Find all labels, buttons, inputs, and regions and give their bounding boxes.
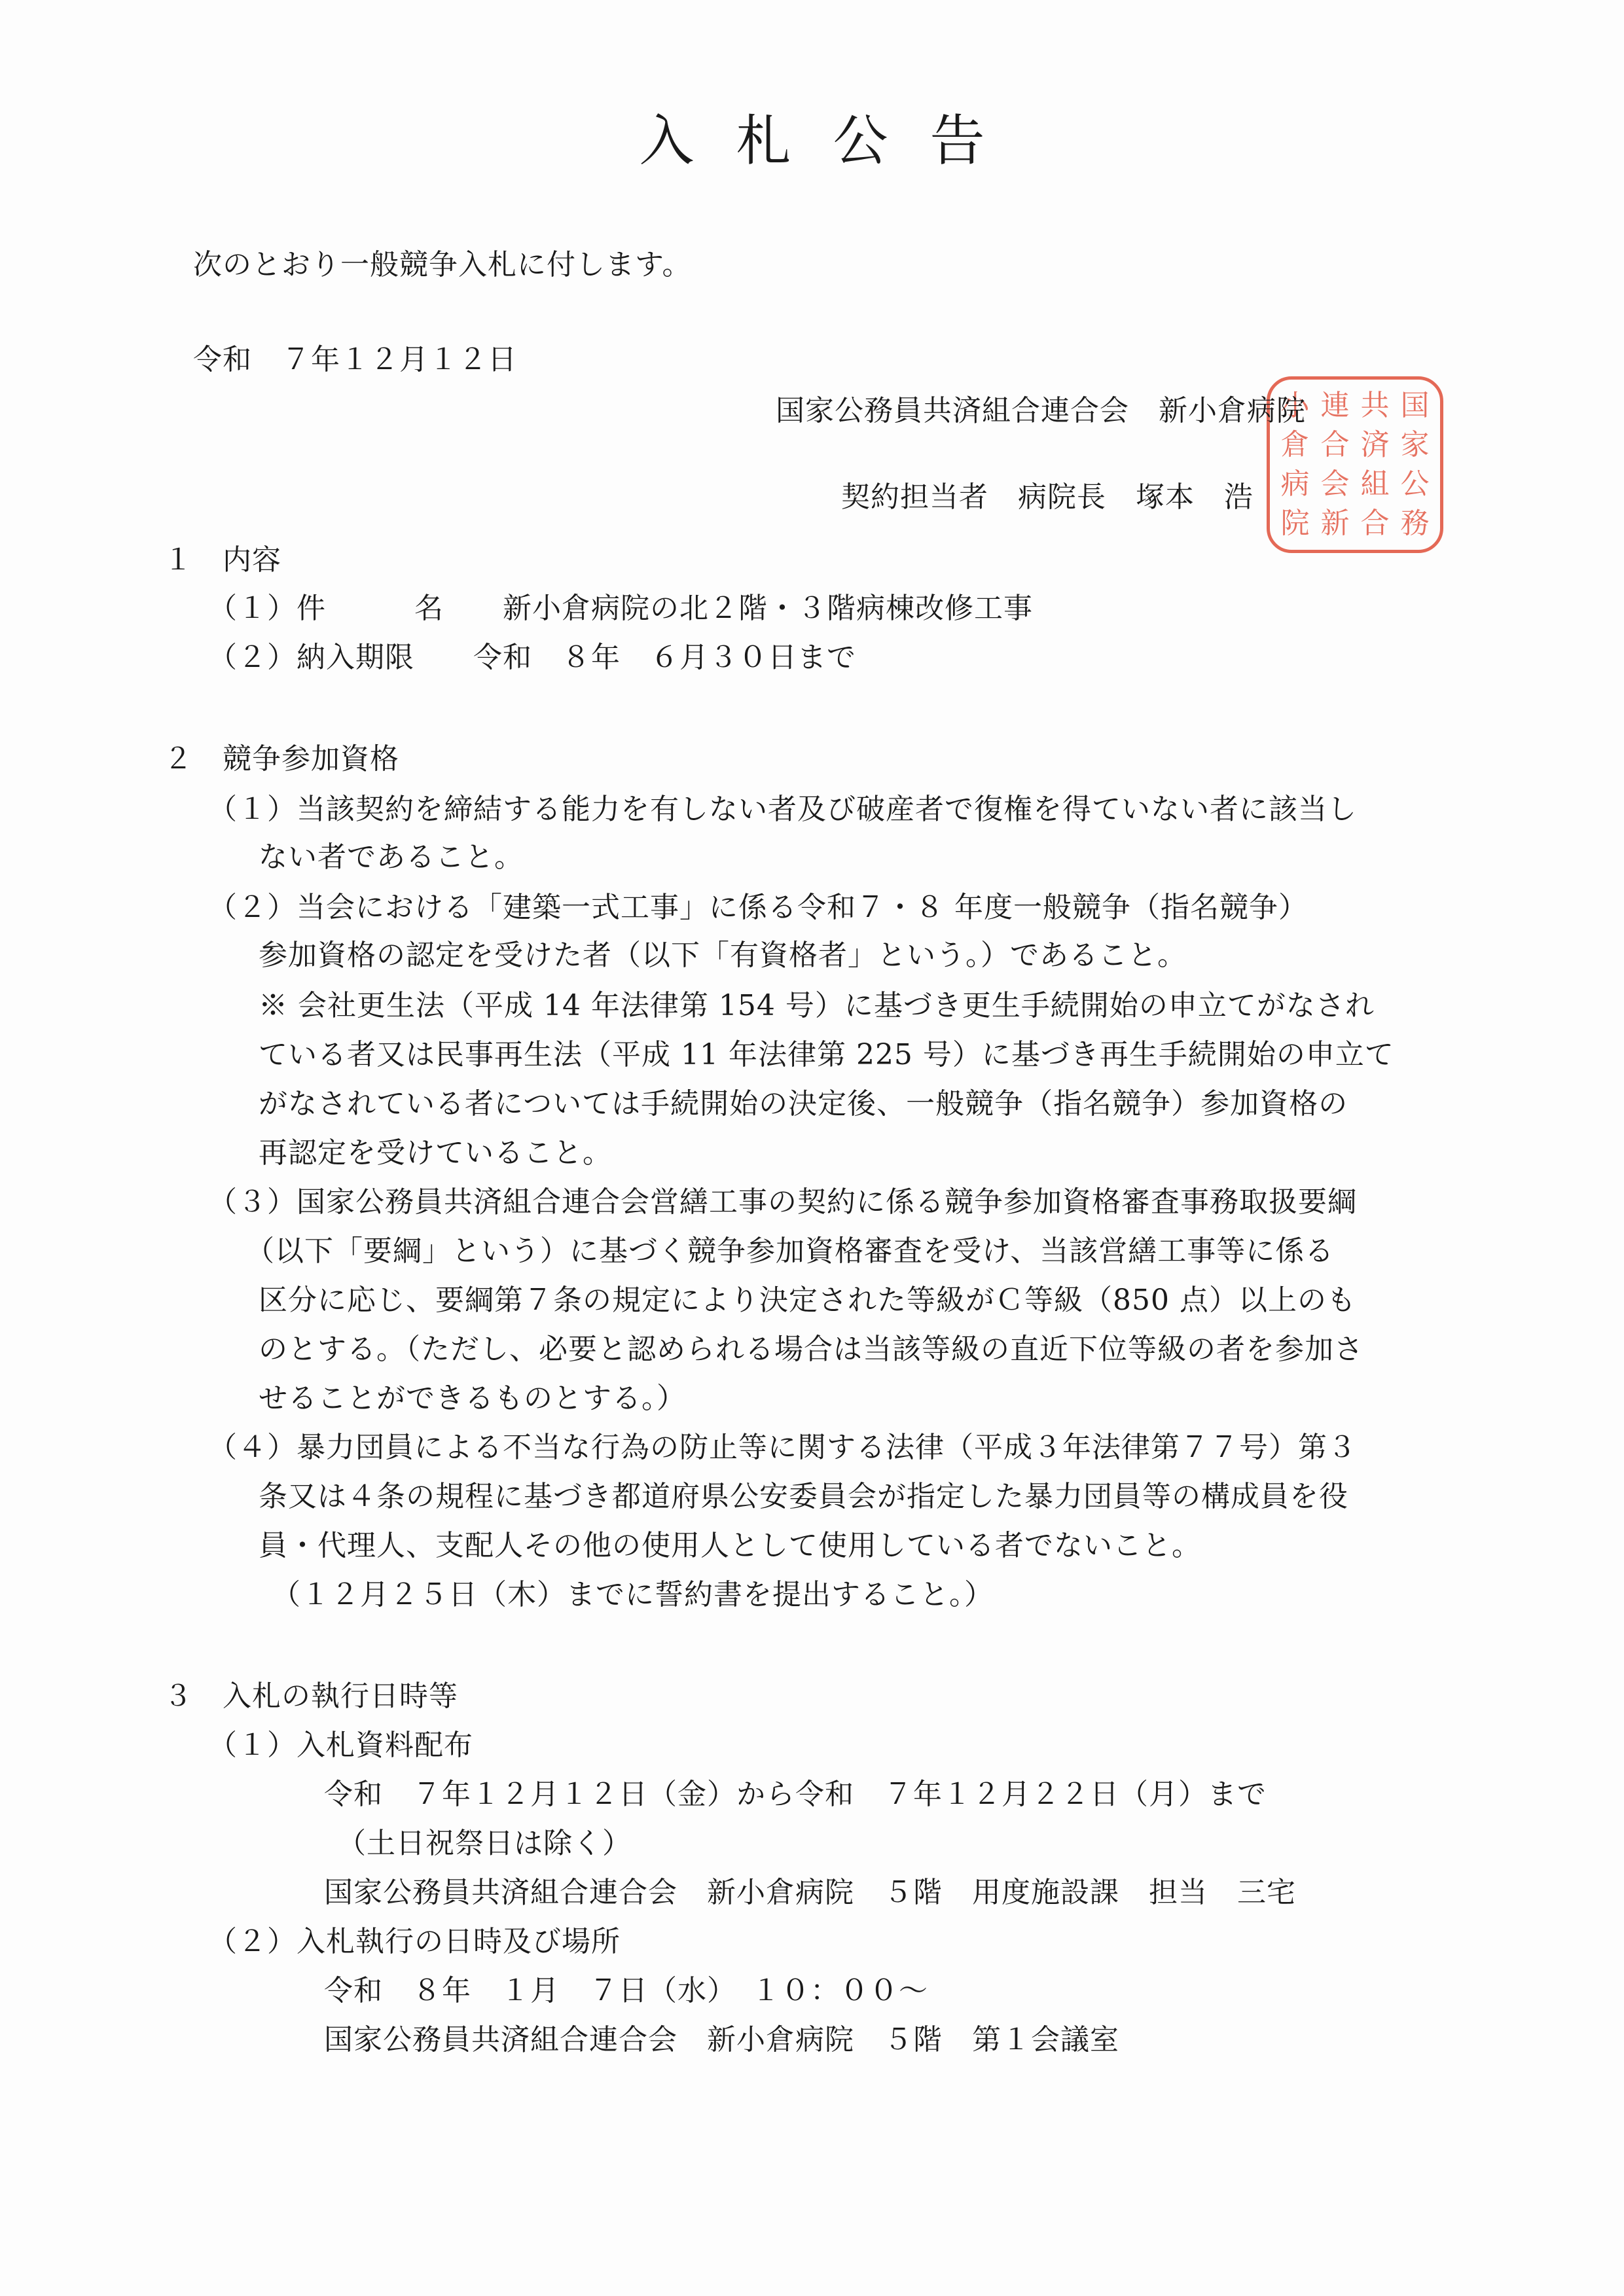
section-3-item-2-line-1: 令和 ８年 １月 ７日（水） １０：００～ <box>324 1971 928 2011</box>
section-3-item-1-line-1: 令和 ７年１２月１２日（金）から令和 ７年１２月２２日（月）まで <box>324 1775 1267 1814</box>
section-2-item-4-line-2: 条又は４条の規程に基づき都道府県公安委員会が指定した暴力団員等の構成員を役 <box>259 1477 1348 1516</box>
section-2-item-2-note-line-4: 再認定を受けていること。 <box>259 1134 612 1173</box>
notice-date: 令和 ７年１２月１２日 <box>193 340 517 380</box>
section-2-item-2-note-line-3: がなされている者については手続開始の決定後、一般競争（指名競争）参加資格の <box>259 1085 1348 1124</box>
intro-text: 次のとおり一般競争入札に付します。 <box>193 245 691 285</box>
page-title: 入札公告 <box>0 105 1624 177</box>
section-2-item-1-line-1: （１）当該契約を締結する能力を有しない者及び破産者で復権を得ていない者に該当し <box>208 790 1357 829</box>
section-3-item-1-heading: （１）入札資料配布 <box>208 1726 473 1765</box>
section-3-heading: ３ 入札の執行日時等 <box>164 1677 458 1716</box>
section-2-item-3-line-4: のとする。（ただし、必要と認められる場合は当該等級の直近下位等級の者を参加さ <box>259 1330 1363 1369</box>
section-2-item-2-line-2: 参加資格の認定を受けた者（以下「有資格者」という。）であること。 <box>259 936 1187 975</box>
seal-char: 家 <box>1395 425 1435 465</box>
section-2-item-3-line-2: （以下「要綱」という）に基づく競争参加資格審査を受け、当該営繕工事等に係る <box>245 1232 1334 1271</box>
section-2-item-4-line-3: 員・代理人、支配人その他の使用人として使用している者でないこと。 <box>259 1526 1201 1566</box>
section-2-item-4-line-4: （１２月２５日（木）までに誓約書を提出すること。） <box>272 1575 994 1615</box>
section-2-item-3-line-3: 区分に応じ、要綱第７条の規定により決定された等級がＣ等級（850 点）以上のも <box>259 1281 1356 1320</box>
seal-char: 合 <box>1315 425 1355 465</box>
section-2-item-2-note-line-1: ※ 会社更生法（平成 14 年法律第 154 号）に基づき更生手続開始の申立てが… <box>259 986 1375 1026</box>
section-3-item-1-line-3: 国家公務員共済組合連合会 新小倉病院 ５階 用度施設課 担当 三宅 <box>324 1873 1296 1912</box>
section-3-item-2-heading: （２）入札執行の日時及び場所 <box>208 1922 621 1962</box>
section-2-item-4-line-1: （４）暴力団員による不当な行為の防止等に関する法律（平成３年法律第７７号）第３ <box>208 1428 1357 1467</box>
seal-char: 済 <box>1355 425 1395 465</box>
section-3-item-2-line-2: 国家公務員共済組合連合会 新小倉病院 ５階 第１会議室 <box>324 2020 1119 2060</box>
section-2-item-3-line-5: せることができるものとする。） <box>259 1379 686 1418</box>
seal-char: 倉 <box>1275 425 1315 465</box>
section-2-heading: ２ 競争参加資格 <box>164 740 399 779</box>
section-3-item-1-line-2: （土日祝祭日は除く） <box>337 1824 632 1863</box>
document-page: 入札公告 次のとおり一般競争入札に付します。 令和 ７年１２月１２日 国 家 公… <box>0 0 1624 2296</box>
section-1-item-2: （２）納入期限 令和 ８年 ６月３０日まで <box>208 638 856 677</box>
section-2-item-1-line-2: ない者であること。 <box>259 838 524 877</box>
section-2-item-3-line-1: （３）国家公務員共済組合連合会営繕工事の契約に係る競争参加資格審査事務取扱要綱 <box>208 1183 1357 1222</box>
issuer-officer: 契約担当者 病院長 塚本 浩 <box>841 478 1624 517</box>
section-2-item-2-note-line-2: ている者又は民事再生法（平成 11 年法律第 225 号）に基づき再生手続開始の… <box>259 1035 1394 1075</box>
section-1-item-1: （１）件 名 新小倉病院の北２階・３階病棟改修工事 <box>208 589 1033 628</box>
section-1-heading: １ 内容 <box>164 541 281 580</box>
issuer-organization: 国家公務員共済組合連合会 新小倉病院 <box>776 391 1624 431</box>
section-2-item-2-line-1: （２）当会における「建築一式工事」に係る令和７・８ 年度一般競争（指名競争） <box>208 888 1308 927</box>
